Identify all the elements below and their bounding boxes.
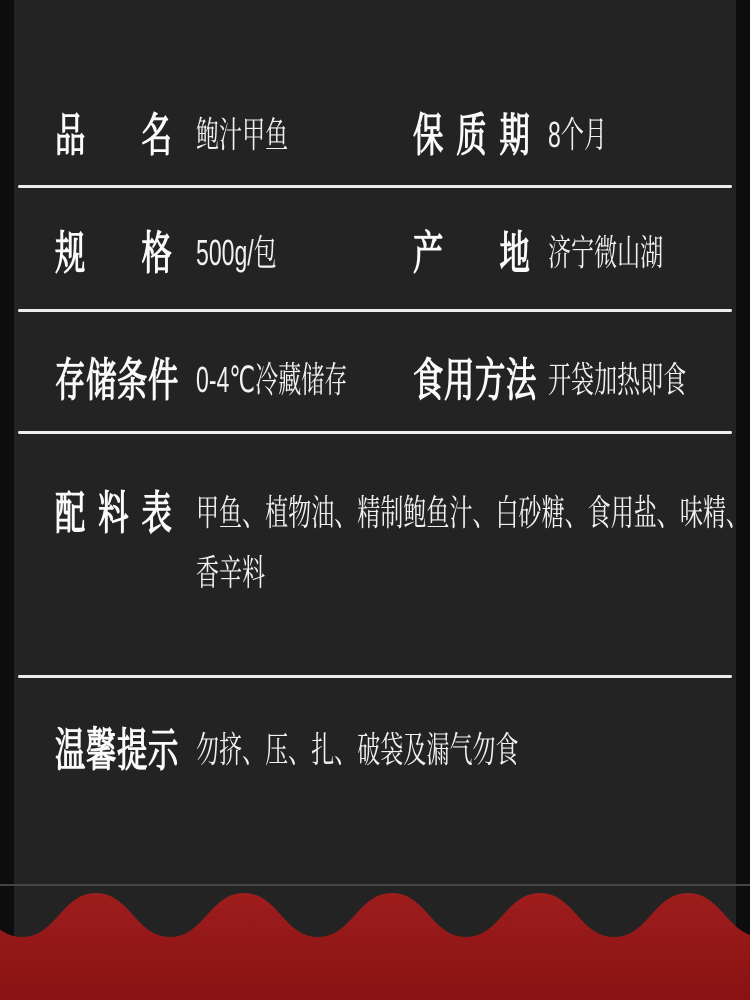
table-row: 配料表 甲鱼、植物油、精制鲍鱼汁、白砂糖、食用盐、味精、 香辛料: [0, 483, 750, 613]
row-divider: [18, 309, 732, 312]
row-divider: [18, 185, 732, 188]
table-row: 品名 鲍汁甲鱼 保质期 8个月: [0, 107, 750, 163]
table-row: 存储条件 0-4℃冷藏储存 食用方法 开袋加热即食: [0, 352, 750, 408]
product-info-label: 品名 鲍汁甲鱼 保质期 8个月 规格 500g/包 产地 济宁微山湖 存储条件 …: [0, 0, 750, 1000]
table-row: 温馨提示 勿挤、压、扎、破袋及漏气勿食: [0, 722, 750, 778]
row-divider: [18, 675, 732, 678]
field-value-shelf-life: 8个月: [548, 107, 750, 163]
field-value-origin: 济宁微山湖: [548, 225, 750, 281]
row-divider: [18, 431, 732, 434]
table-row: 规格 500g/包 产地 济宁微山湖: [0, 225, 750, 281]
field-value-ingredients: 甲鱼、植物油、精制鲍鱼汁、白砂糖、食用盐、味精、 香辛料: [196, 483, 750, 603]
red-wave-decoration: [0, 880, 750, 1000]
field-label-storage-conditions: 存储条件: [55, 352, 172, 408]
field-label-product-name: 品名: [55, 107, 172, 163]
field-label-shelf-life: 保质期: [413, 107, 530, 163]
field-label-warm-tips: 温馨提示: [55, 722, 172, 778]
field-label-origin: 产地: [413, 225, 530, 281]
field-label-ingredients: 配料表: [55, 483, 172, 543]
field-label-specification: 规格: [55, 225, 172, 281]
field-value-usage-method: 开袋加热即食: [548, 352, 750, 408]
field-label-usage-method: 食用方法: [413, 352, 530, 408]
field-value-warm-tips: 勿挤、压、扎、破袋及漏气勿食: [196, 722, 750, 778]
